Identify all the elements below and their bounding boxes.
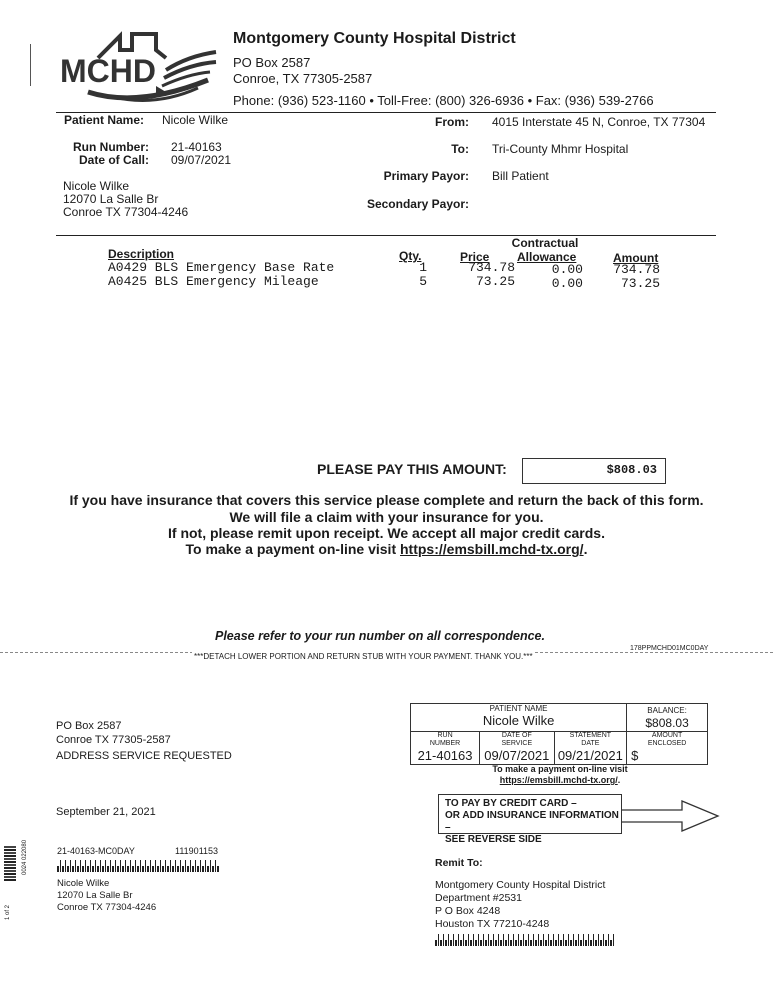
stub-patient-cell: PATIENT NAME Nicole Wilke (411, 704, 627, 732)
stub-enclosed-cell[interactable]: AMOUNTENCLOSED $ (627, 732, 708, 765)
allowance-cell: 0.00 (510, 263, 583, 277)
org-contact-line: Phone: (936) 523-1160 • Toll-Free: (800)… (233, 93, 654, 108)
qty-cell: 5 (395, 275, 427, 289)
return-address-line: PO Box 2587 (56, 719, 232, 733)
charge-qtys: 1 5 (395, 261, 427, 289)
table-row: A0425 BLS Emergency Mileage (108, 275, 334, 289)
side-2d-barcode (4, 845, 16, 881)
charge-prices: 734.78 73.25 (440, 261, 515, 289)
stub-online-suffix: . (618, 775, 621, 785)
remit-message: If not, please remit upon receipt. We ac… (0, 525, 773, 541)
date-of-call-label: Date of Call: (40, 153, 149, 167)
page-indicator: 1 of 2 (5, 905, 11, 920)
to-destination: Tri-County Mhmr Hospital (492, 142, 628, 156)
stub-run-label: RUN (437, 732, 452, 739)
statement-date-long: September 21, 2021 (56, 806, 156, 818)
side-code: 0024 022080 (22, 840, 28, 875)
price-cell: 73.25 (440, 275, 515, 289)
mail-id: 111901153 (175, 846, 218, 856)
col-contractual: Contractual (505, 236, 585, 250)
charge-amounts: 734.78 73.25 (585, 263, 660, 291)
arrow-right-icon (620, 798, 720, 834)
mchd-logo: MCHD (58, 28, 218, 110)
remit-barcode (435, 934, 614, 946)
mail-address-line: Nicole Wilke (57, 878, 156, 890)
return-address: PO Box 2587 Conroe TX 77305-2587 ADDRESS… (56, 719, 232, 763)
from-label: From: (360, 115, 469, 129)
stub-statement-label: DATE (581, 740, 599, 747)
run-number-label: Run Number: (40, 140, 149, 154)
insurance-message: If you have insurance that covers this s… (0, 492, 773, 508)
remit-address: Montgomery County Hospital District Depa… (435, 879, 605, 931)
header-divider (56, 112, 716, 113)
online-payment-link[interactable]: https://emsbill.mchd-tx.org/ (400, 541, 584, 557)
amount-cell: 734.78 (585, 263, 660, 277)
org-name: Montgomery County Hospital District (233, 30, 516, 48)
org-address-line2: Conroe, TX 77305-2587 (233, 71, 372, 86)
stub-enclosed-label: AMOUNT (652, 732, 682, 739)
remit-address-line: Montgomery County Hospital District (435, 879, 605, 892)
qty-cell: 1 (395, 261, 427, 275)
mail-address-line: Conroe TX 77304-4246 (57, 902, 156, 914)
to-label: To: (360, 142, 469, 156)
postal-barcode (57, 860, 219, 872)
stub-dos-cell: DATE OFSERVICE 09/07/2021 (480, 732, 554, 765)
stub-run-number: 21-40163 (411, 748, 479, 764)
charge-allowances: 0.00 0.00 (510, 263, 583, 291)
cc-line: SEE REVERSE SIDE (445, 834, 621, 846)
stub-patient-name: Nicole Wilke (411, 713, 626, 729)
stub-statement-date: 09/21/2021 (555, 748, 627, 764)
remittance-stub-table: PATIENT NAME Nicole Wilke BALANCE: $808.… (410, 703, 708, 765)
pay-amount-label: PLEASE PAY THIS AMOUNT: (317, 461, 507, 477)
patient-address: Nicole Wilke 12070 La Salle Br Conroe TX… (63, 180, 188, 219)
stub-dos-label: DATE OF (502, 732, 532, 739)
stub-run-label: NUMBER (430, 740, 460, 747)
remit-address-line: Department #2531 (435, 892, 605, 905)
stub-balance: $808.03 (627, 715, 707, 731)
stub-online-text: To make a payment on-line visit (410, 764, 710, 775)
refer-note: Please refer to your run number on all c… (215, 629, 545, 643)
logo-graphic: MCHD (58, 28, 218, 110)
remit-to-label: Remit To: (435, 857, 483, 869)
logo-text: MCHD (60, 53, 156, 89)
mail-address: Nicole Wilke 12070 La Salle Br Conroe TX… (57, 878, 156, 914)
patient-address-line: Conroe TX 77304-4246 (63, 206, 188, 219)
credit-card-box: TO PAY BY CREDIT CARD – OR ADD INSURANCE… (438, 794, 622, 834)
stub-online-link[interactable]: https://emsbill.mchd-tx.org/ (500, 775, 618, 785)
remit-address-line: P O Box 4248 (435, 905, 605, 918)
stub-statement-cell: STATEMENTDATE 09/21/2021 (554, 732, 627, 765)
detach-instruction: ***DETACH LOWER PORTION AND RETURN STUB … (192, 652, 535, 661)
pay-amount-box: $808.03 (522, 458, 666, 484)
online-payment-prefix: To make a payment on-line visit (186, 541, 400, 557)
patient-name-label: Patient Name: (64, 113, 144, 127)
online-payment-suffix: . (584, 541, 588, 557)
primary-payor: Bill Patient (492, 169, 549, 183)
mail-address-line: 12070 La Salle Br (57, 890, 156, 902)
col-description: Description (108, 247, 174, 261)
amount-cell: 73.25 (585, 277, 660, 291)
claim-message: We will file a claim with your insurance… (0, 509, 773, 525)
remit-address-line: Houston TX 77210-4248 (435, 918, 605, 931)
stub-online-payment: To make a payment on-line visit https://… (410, 764, 710, 786)
from-address: 4015 Interstate 45 N, Conroe, TX 77304 (492, 115, 705, 129)
stub-run-cell: RUNNUMBER 21-40163 (411, 732, 480, 765)
mail-ref: 21-40163-MC0DAY (57, 846, 135, 856)
stub-patient-name-label: PATIENT NAME (411, 704, 626, 713)
stub-balance-label: BALANCE: (627, 706, 707, 715)
secondary-payor-label: Secondary Payor: (360, 197, 469, 211)
charge-descriptions: A0429 BLS Emergency Base Rate A0425 BLS … (108, 261, 334, 289)
return-address-line: Conroe TX 77305-2587 (56, 733, 232, 747)
run-number: 21-40163 (171, 140, 222, 154)
primary-payor-label: Primary Payor: (360, 169, 469, 183)
stub-balance-cell: BALANCE: $808.03 (627, 704, 708, 732)
amount-enclosed-field[interactable]: $ (627, 748, 707, 764)
stub-date-of-service: 09/07/2021 (480, 748, 553, 764)
allowance-cell: 0.00 (510, 277, 583, 291)
date-of-call: 09/07/2021 (171, 153, 231, 167)
address-service-requested: ADDRESS SERVICE REQUESTED (56, 749, 232, 763)
price-cell: 734.78 (440, 261, 515, 275)
stub-statement-label: STATEMENT (570, 732, 611, 739)
patient-name: Nicole Wilke (162, 113, 228, 127)
table-row: A0429 BLS Emergency Base Rate (108, 261, 334, 275)
stub-dos-label: SERVICE (502, 740, 533, 747)
pay-amount: $808.03 (523, 459, 665, 477)
stub-enclosed-label: ENCLOSED (648, 740, 687, 747)
statement-code: 178PPMCHD01MC0DAY (630, 645, 708, 652)
charges-divider (56, 235, 716, 236)
cc-line: OR ADD INSURANCE INFORMATION – (445, 810, 621, 834)
scan-bracket-mark (30, 44, 35, 86)
online-payment-message: To make a payment on-line visit https://… (0, 541, 773, 557)
org-address-line1: PO Box 2587 (233, 55, 310, 70)
cc-line: TO PAY BY CREDIT CARD – (445, 798, 621, 810)
